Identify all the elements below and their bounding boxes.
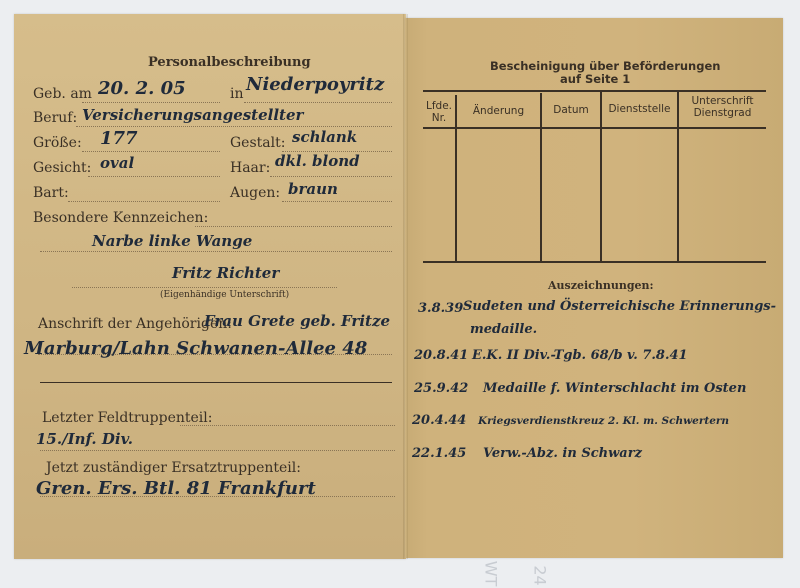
face-value: oval bbox=[100, 154, 134, 172]
replacement-unit-value: Gren. Ers. Btl. 81 Frankfurt bbox=[36, 478, 316, 499]
table-bottom-rule bbox=[423, 261, 766, 263]
hair-line bbox=[270, 176, 392, 177]
occupation-value: Versicherungsangestellter bbox=[82, 106, 303, 124]
face-label: Gesicht: bbox=[33, 160, 91, 176]
marks-value: Narbe linke Wange bbox=[92, 232, 252, 250]
marks-line-1 bbox=[195, 226, 392, 227]
last-unit-line-2 bbox=[40, 450, 395, 451]
born-value: 20. 2. 05 bbox=[98, 78, 186, 99]
table-col-divider-3 bbox=[600, 92, 602, 261]
header-unterschrift-line2: Dienstgrad bbox=[679, 107, 766, 119]
place-value: Niederpoyritz bbox=[246, 74, 384, 95]
marks-label: Besondere Kennzeichen: bbox=[33, 210, 208, 226]
face-line bbox=[88, 176, 220, 177]
header-lfde-line2: Nr. bbox=[423, 112, 455, 124]
header-unterschrift-line1: Unterschrift bbox=[679, 95, 766, 107]
beard-label: Bart: bbox=[33, 185, 69, 201]
personal-description-title: Personalbeschreibung bbox=[148, 55, 311, 70]
award-text: E.K. II Div.-Tgb. 68/b v. 7.8.41 bbox=[472, 348, 688, 363]
header-unterschrift: Unterschrift Dienstgrad bbox=[679, 95, 766, 119]
last-unit-line-1 bbox=[180, 425, 395, 426]
award-date: 22.1.45 bbox=[412, 446, 466, 461]
table-header-rule bbox=[423, 127, 766, 129]
award-date: 25.9.42 bbox=[414, 381, 468, 396]
award-date: 20.8.41 bbox=[414, 348, 468, 363]
last-unit-label: Letzter Feldtruppenteil: bbox=[42, 410, 212, 426]
relatives-value-line2: Marburg/Lahn Schwanen-Allee 48 bbox=[24, 338, 367, 359]
replacement-unit-label: Jetzt zuständiger Ersatztruppenteil: bbox=[46, 460, 301, 476]
header-lfde-nr: Lfde. Nr. bbox=[423, 100, 455, 124]
born-label: Geb. am bbox=[33, 86, 92, 102]
marks-line-2 bbox=[40, 251, 392, 252]
header-datum-text: Datum bbox=[542, 104, 600, 116]
header-dienststelle-text: Dienststelle bbox=[602, 103, 677, 115]
hair-value: dkl. blond bbox=[275, 152, 360, 170]
signature-caption: (Eigenhändige Unterschrift) bbox=[160, 290, 289, 300]
promotions-title-line2: auf Seite 1 bbox=[560, 72, 630, 86]
signature-line bbox=[72, 287, 337, 288]
build-label: Gestalt: bbox=[230, 135, 285, 151]
eyes-label: Augen: bbox=[230, 185, 280, 201]
height-value: 177 bbox=[100, 128, 138, 149]
table-col-divider-1 bbox=[455, 95, 457, 261]
award-text: Kriegsverdienstkreuz 2. Kl. m. Schwerter… bbox=[478, 415, 729, 427]
eyes-value: braun bbox=[288, 180, 338, 198]
occupation-label: Beruf: bbox=[33, 110, 77, 126]
hair-label: Haar: bbox=[230, 160, 270, 176]
place-line bbox=[244, 102, 392, 103]
occupation-line bbox=[76, 126, 392, 127]
signature-value: Fritz Richter bbox=[172, 264, 279, 282]
table-col-divider-2 bbox=[540, 93, 542, 261]
build-value: schlank bbox=[292, 128, 357, 146]
beard-line bbox=[68, 201, 220, 202]
header-lfde-line1: Lfde. bbox=[423, 100, 455, 112]
award-text: Medaille f. Winterschlacht im Osten bbox=[483, 381, 746, 396]
eyes-line bbox=[282, 201, 392, 202]
award-text: Verw.-Abz. in Schwarz bbox=[483, 446, 642, 461]
section-divider bbox=[40, 382, 392, 383]
award-date: 3.8.39 bbox=[418, 301, 463, 316]
height-label: Größe: bbox=[33, 135, 82, 151]
award-date: 20.4.44 bbox=[412, 413, 466, 428]
header-aenderung-text: Änderung bbox=[457, 105, 540, 117]
last-unit-value: 15./Inf. Div. bbox=[36, 430, 133, 448]
height-line bbox=[82, 151, 220, 152]
relatives-value-line1: Frau Grete geb. Fritze bbox=[204, 312, 390, 330]
background-bleed-text: WT bbox=[481, 561, 500, 587]
header-aenderung: Änderung bbox=[457, 105, 540, 117]
header-datum: Datum bbox=[542, 104, 600, 116]
background-bleed-text-2: 24 bbox=[531, 565, 550, 585]
place-label: in bbox=[230, 86, 244, 102]
book-fold bbox=[403, 14, 408, 559]
table-top-rule bbox=[423, 90, 766, 92]
award-text: Sudeten und Österreichische Erinnerungs- bbox=[463, 299, 776, 314]
award-text-cont: medaille. bbox=[470, 322, 537, 337]
relatives-label: Anschrift der Angehörigen: bbox=[38, 316, 232, 332]
awards-title: Auszeichnungen: bbox=[548, 279, 654, 292]
promotions-title-line1: Bescheinigung über Beförderungen bbox=[490, 59, 720, 73]
born-line bbox=[82, 102, 220, 103]
header-dienststelle: Dienststelle bbox=[602, 103, 677, 115]
